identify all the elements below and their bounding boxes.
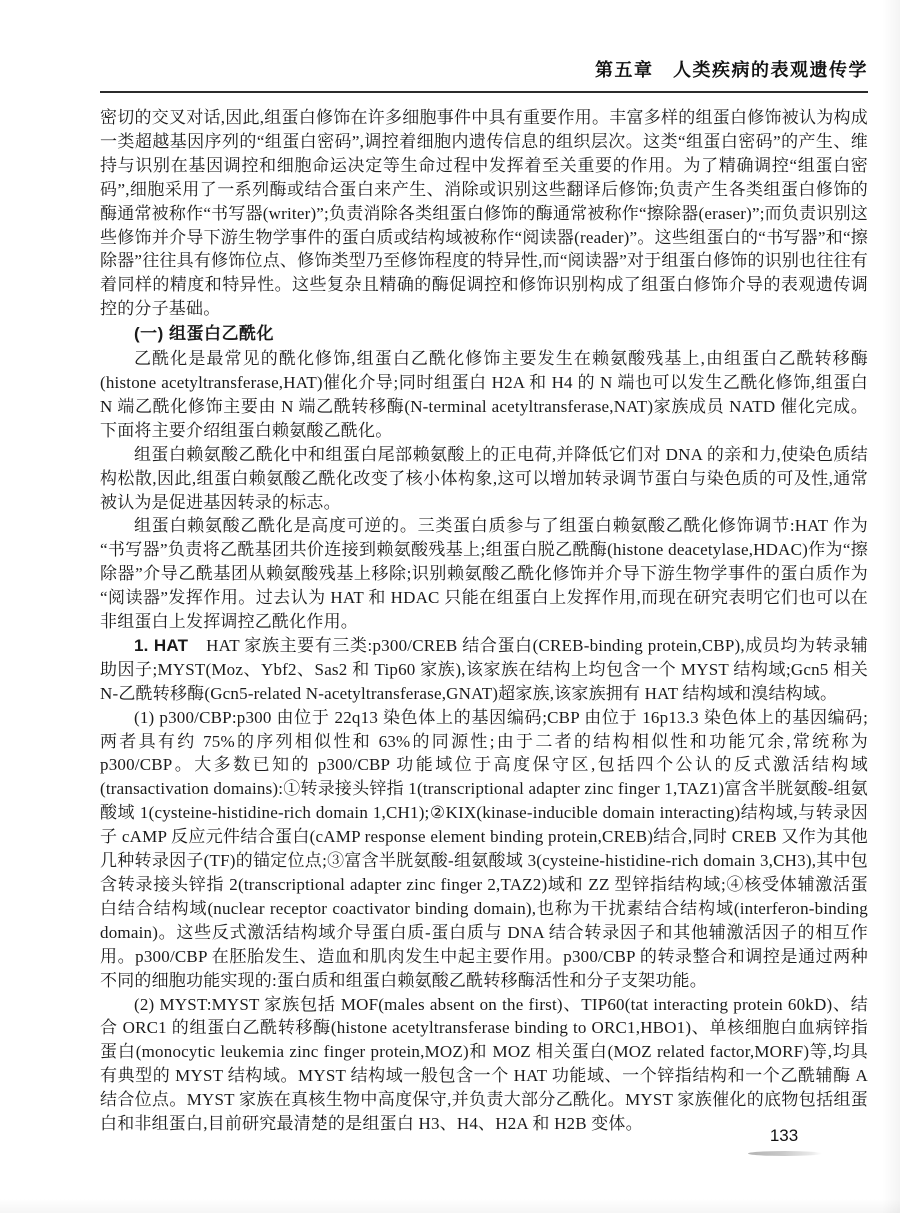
body-text: 密切的交叉对话,因此,组蛋白修饰在许多细胞事件中具有重要作用。丰富多样的组蛋白修… — [100, 106, 868, 1136]
hat-family-text: HAT 家族主要有三类:p300/CREB 结合蛋白(CREB-binding … — [100, 636, 868, 703]
paragraph-p300-cbp: (1) p300/CBP:p300 由位于 22q13 染色体上的基因编码;CB… — [100, 706, 868, 993]
paragraph-acetylation-overview: 乙酰化是最常见的酰化修饰,组蛋白乙酰化修饰主要发生在赖氨酸残基上,由组蛋白乙酰转… — [100, 347, 868, 443]
hat-family-run-in-heading: 1. HAT — [134, 636, 188, 655]
header-rule — [100, 91, 868, 93]
paragraph-reversibility-writers-erasers: 组蛋白赖氨酸乙酰化是高度可逆的。三类蛋白质参与了组蛋白赖氨酸乙酰化修饰调节:HA… — [100, 514, 868, 634]
book-page: 第五章 人类疾病的表观遗传学 密切的交叉对话,因此,组蛋白修饰在许多细胞事件中具… — [0, 0, 900, 1213]
paragraph-myst: (2) MYST:MYST 家族包括 MOF(males absent on t… — [100, 993, 868, 1136]
section-heading-histone-acetylation: (一) 组蛋白乙酰化 — [100, 322, 868, 346]
paragraph-hat-family: 1. HAT HAT 家族主要有三类:p300/CREB 结合蛋白(CREB-b… — [100, 634, 868, 706]
paragraph-histone-code-intro: 密切的交叉对话,因此,组蛋白修饰在许多细胞事件中具有重要作用。丰富多样的组蛋白修… — [100, 106, 868, 321]
page-content: 第五章 人类疾病的表观遗传学 密切的交叉对话,因此,组蛋白修饰在许多细胞事件中具… — [100, 58, 868, 1136]
page-number: 133 — [748, 1126, 820, 1146]
running-head-chapter-title: 第五章 人类疾病的表观遗传学 — [100, 58, 868, 82]
page-curl-shadow — [748, 1151, 822, 1156]
paragraph-charge-neutralization: 组蛋白赖氨酸乙酰化中和组蛋白尾部赖氨酸上的正电荷,并降低它们对 DNA 的亲和力… — [100, 443, 868, 515]
